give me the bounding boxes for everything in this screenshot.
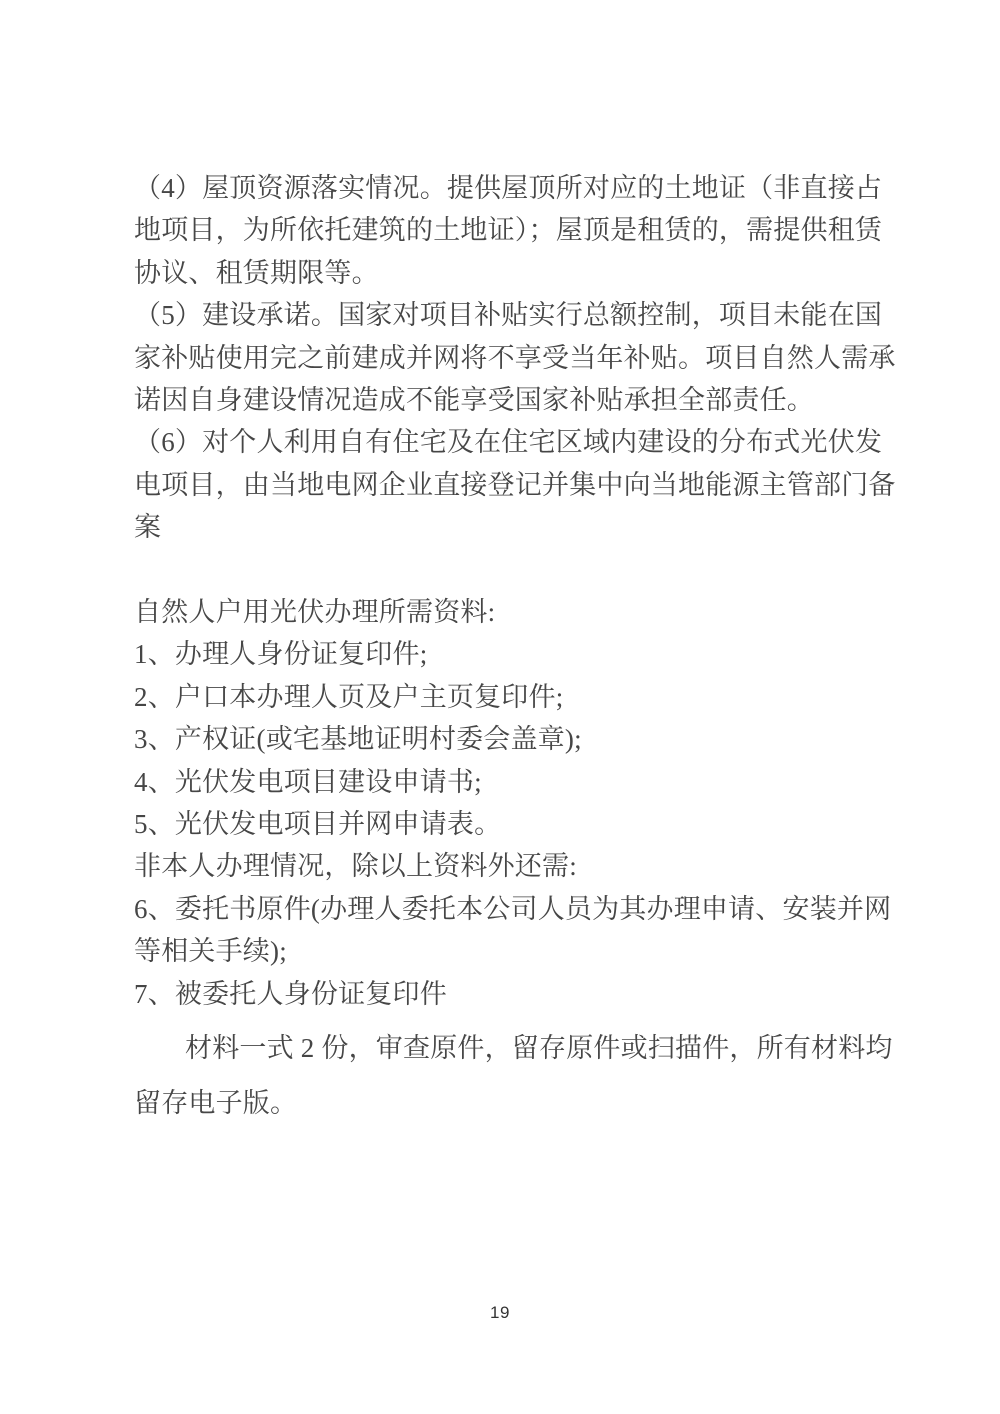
materials-list-heading: 自然人户用光伏办理所需资料: bbox=[134, 591, 882, 633]
text-line: （5）建设承诺。国家对项目补贴实行总额控制，项目未能在国 bbox=[134, 294, 882, 336]
paragraph-item-5: （5）建设承诺。国家对项目补贴实行总额控制，项目未能在国 家补贴使用完之前建成并… bbox=[134, 294, 882, 421]
list-item: 2、户口本办理人页及户主页复印件; bbox=[134, 676, 882, 718]
blank-line bbox=[134, 549, 882, 591]
list-note: 非本人办理情况，除以上资料外还需: bbox=[134, 845, 882, 887]
page-footer: 19 bbox=[0, 1303, 1000, 1323]
document-body: （4）屋顶资源落实情况。提供屋顶所对应的土地证（非直接占 地项目，为所依托建筑的… bbox=[134, 167, 882, 1131]
paragraph-item-6: （6）对个人利用自有住宅及在住宅区域内建设的分布式光伏发 电项目，由当地电网企业… bbox=[134, 421, 882, 548]
materials-list: 自然人户用光伏办理所需资料: 1、办理人身份证复印件; 2、户口本办理人页及户主… bbox=[134, 591, 882, 1015]
text-line: （6）对个人利用自有住宅及在住宅区域内建设的分布式光伏发 bbox=[134, 421, 882, 463]
list-item: 1、办理人身份证复印件; bbox=[134, 633, 882, 675]
closing-paragraph: 材料一式 2 份，审查原件，留存原件或扫描件，所有材料均 留存电子版。 bbox=[134, 1021, 882, 1131]
text-line: 材料一式 2 份，审查原件，留存原件或扫描件，所有材料均 bbox=[134, 1021, 882, 1076]
text-line: 协议、租赁期限等。 bbox=[134, 252, 882, 294]
text-line: 家补贴使用完之前建成并网将不享受当年补贴。项目自然人需承 bbox=[134, 337, 882, 379]
list-item-continuation: 等相关手续); bbox=[134, 930, 882, 972]
text-line: 留存电子版。 bbox=[134, 1076, 882, 1131]
text-line: （4）屋顶资源落实情况。提供屋顶所对应的土地证（非直接占 bbox=[134, 167, 882, 209]
text-line: 地项目，为所依托建筑的土地证）；屋顶是租赁的，需提供租赁 bbox=[134, 209, 882, 251]
text-line: 电项目，由当地电网企业直接登记并集中向当地能源主管部门备 bbox=[134, 464, 882, 506]
document-page: （4）屋顶资源落实情况。提供屋顶所对应的土地证（非直接占 地项目，为所依托建筑的… bbox=[0, 0, 1000, 1414]
text-line: 诺因自身建设情况造成不能享受国家补贴承担全部责任。 bbox=[134, 379, 882, 421]
list-item: 3、产权证(或宅基地证明村委会盖章); bbox=[134, 718, 882, 760]
list-item: 6、委托书原件(办理人委托本公司人员为其办理申请、安装并网 bbox=[134, 888, 882, 930]
page-number: 19 bbox=[490, 1303, 510, 1322]
list-item: 5、光伏发电项目并网申请表。 bbox=[134, 803, 882, 845]
paragraph-item-4: （4）屋顶资源落实情况。提供屋顶所对应的土地证（非直接占 地项目，为所依托建筑的… bbox=[134, 167, 882, 294]
text-line: 案 bbox=[134, 506, 882, 548]
list-item: 7、被委托人身份证复印件 bbox=[134, 973, 882, 1015]
list-item: 4、光伏发电项目建设申请书; bbox=[134, 761, 882, 803]
